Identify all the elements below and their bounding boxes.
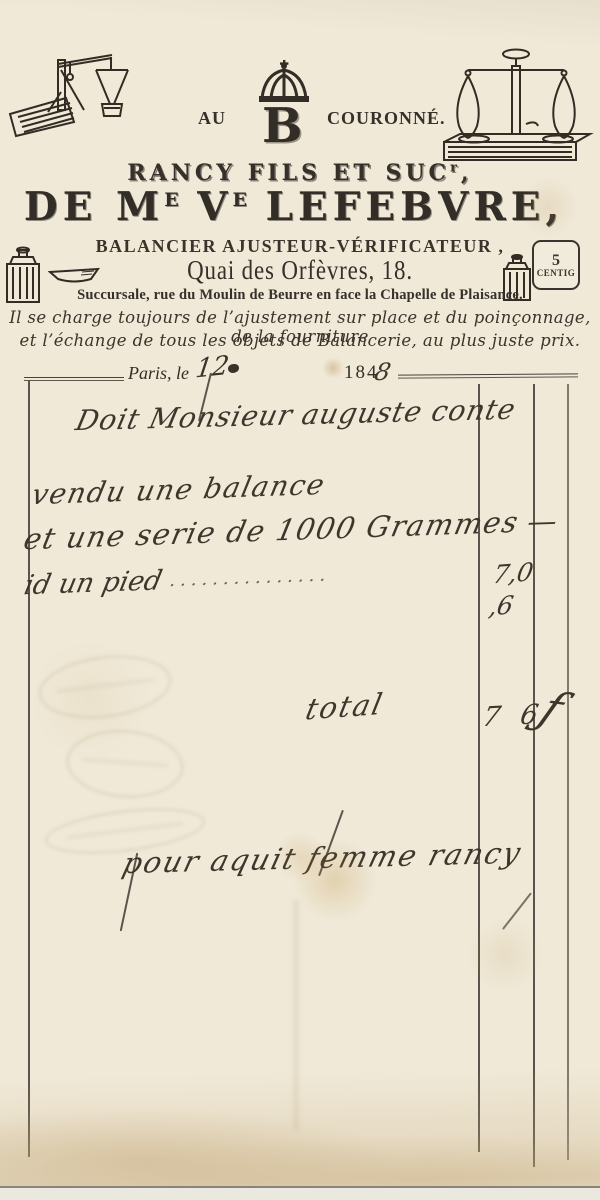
entry-amount-2: ,6 (487, 590, 516, 621)
fill-dots: ............... (168, 564, 333, 591)
address-line: Quai des Orfèvres, 18. (45, 255, 555, 286)
emblem-word-couronne: COURONNÉ. (327, 108, 446, 129)
firm-name-line: RANCY FILS ET SUCr, (0, 160, 600, 186)
date-prefix: Paris, le (128, 363, 189, 384)
branch-address-line: Succursale, rue du Moulin de Beurre en f… (0, 287, 600, 304)
debit-line: Doit Monsieur auguste conte (73, 392, 520, 437)
paper-bottom-edge (0, 1186, 600, 1200)
owner-name-line: DE ME VE LEFEBVRE, (0, 184, 600, 230)
bleed-through-stamp-1 (35, 648, 176, 726)
total-label: total (303, 687, 388, 727)
rule-left-segment (24, 377, 124, 381)
amount-column-rule-2 (533, 384, 535, 1167)
amount-column-rule-1 (478, 384, 480, 1152)
profession-line: BALANCIER AJUSTEUR-VÉRIFICATEUR , (0, 236, 600, 257)
weighbridge-scale-illustration (8, 50, 168, 138)
table-left-border (28, 381, 30, 1157)
service-notice-line-2: et l’échange de tous les objets de Balan… (0, 331, 600, 350)
balance-scale-illustration (438, 46, 594, 164)
rule-right-segment (398, 373, 578, 378)
bleed-through-stamp-2 (64, 726, 186, 802)
entry-line-1: vendu une balance (29, 468, 329, 511)
ink-blot (228, 364, 239, 373)
fold-crease (293, 900, 299, 1130)
entry-line-3: id un pied ............... (21, 559, 334, 601)
pen-flourish-signature-3 (502, 892, 532, 929)
entry-amount-1: 7,0 (491, 557, 536, 589)
receipt-signature-line: pour aquit femme rancy (119, 836, 526, 881)
emblem-word-au: AU (198, 108, 226, 129)
amount-column-rule-3 (567, 384, 569, 1160)
handwritten-day: 12 (194, 351, 231, 385)
invoice-document: B AU COURONNÉ. (0, 0, 600, 1200)
monogram-b: B (262, 98, 303, 154)
